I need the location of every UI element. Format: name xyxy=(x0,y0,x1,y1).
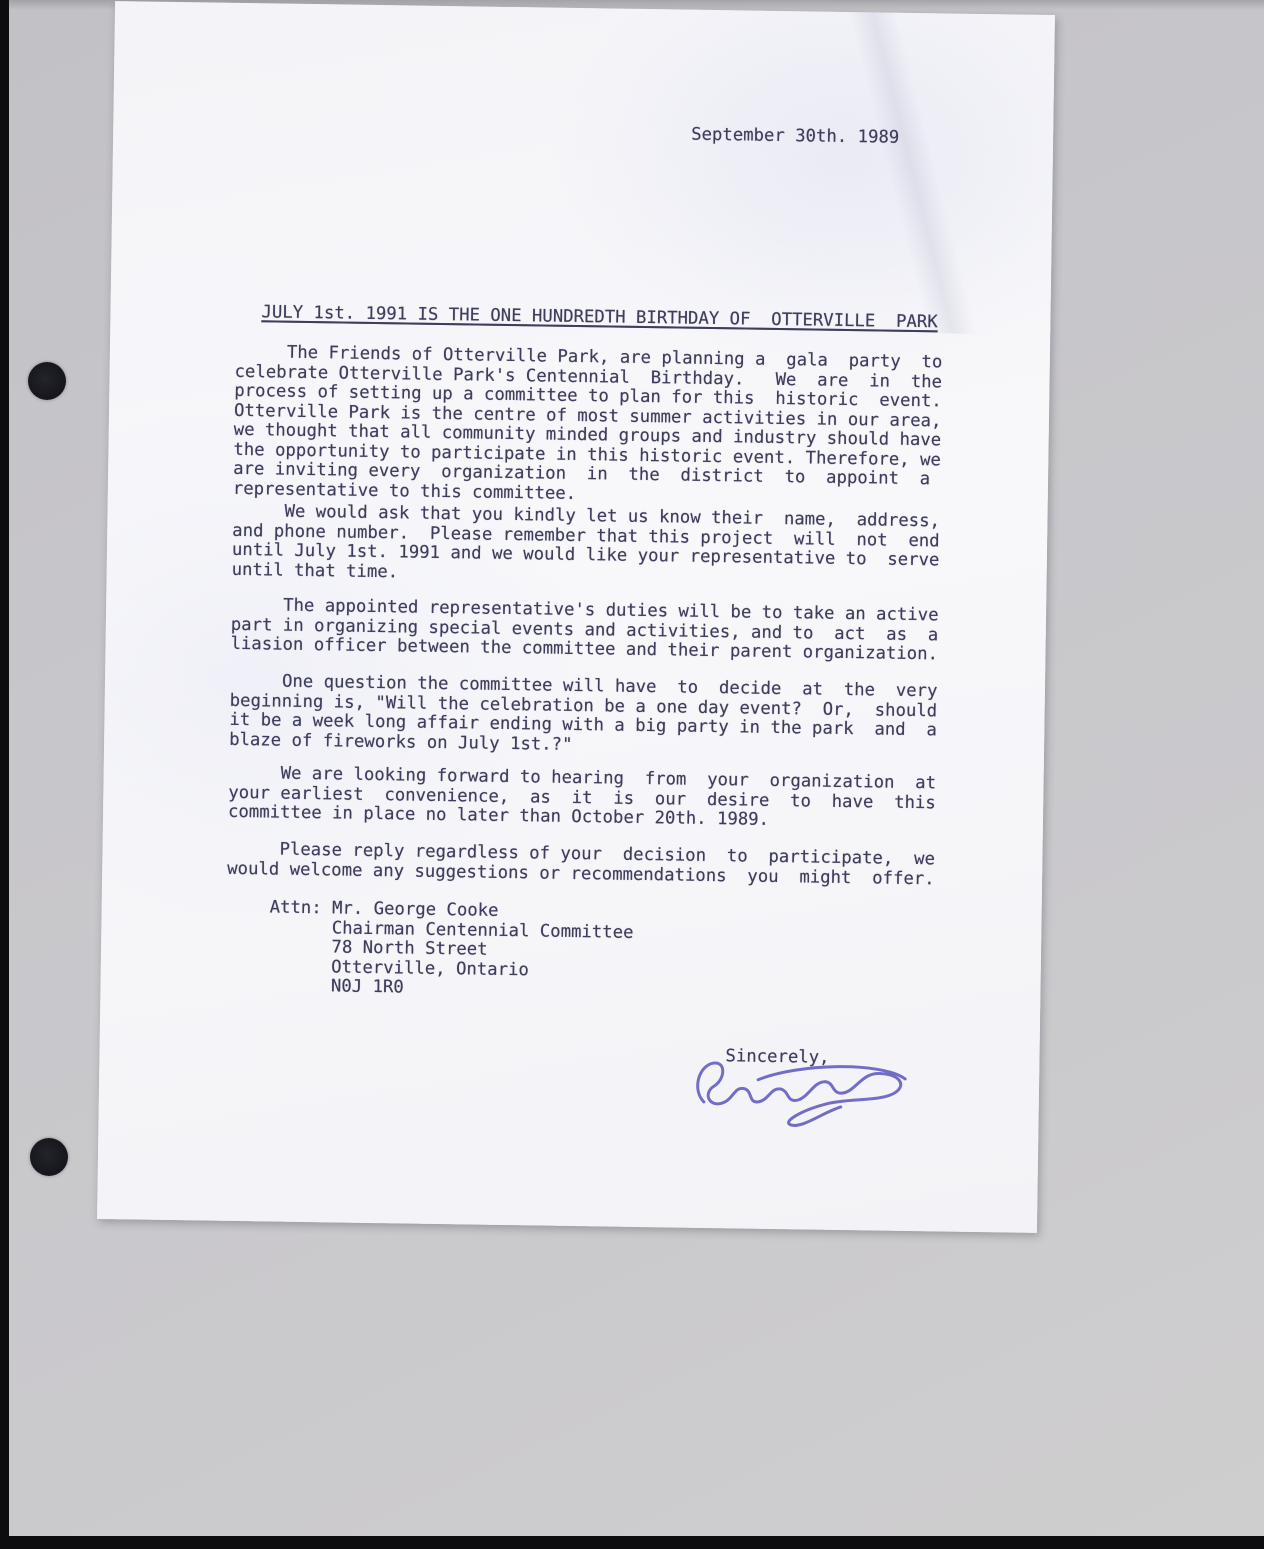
paragraph-duties: The appointed representative's duties wi… xyxy=(230,596,938,665)
scanned-letter-page: September 30th. 1989 JULY 1st. 1991 IS T… xyxy=(0,0,1264,1549)
paper-crease xyxy=(800,11,1025,334)
punch-hole-bottom xyxy=(30,1138,68,1176)
letter-paper: September 30th. 1989 JULY 1st. 1991 IS T… xyxy=(97,1,1055,1233)
attn-address-block: Attn: Mr. George Cooke Chairman Centenni… xyxy=(268,898,634,1001)
paragraph-celebration-question: One question the committee will have to … xyxy=(229,672,938,760)
handwritten-signature xyxy=(689,1050,922,1131)
paragraph-contact-request: We would ask that you kindly let us know… xyxy=(232,502,941,590)
paragraph-reply-request: Please reply regardless of your decision… xyxy=(227,840,935,889)
paragraph-deadline: We are looking forward to hearing from y… xyxy=(228,764,936,833)
album-backing-page: September 30th. 1989 JULY 1st. 1991 IS T… xyxy=(9,0,1264,1536)
punch-hole-top xyxy=(28,362,66,400)
paragraph-intro: The Friends of Otterville Park, are plan… xyxy=(233,343,943,509)
letter-date: September 30th. 1989 xyxy=(691,126,899,149)
letter-title: JULY 1st. 1991 IS THE ONE HUNDREDTH BIRT… xyxy=(261,303,937,333)
